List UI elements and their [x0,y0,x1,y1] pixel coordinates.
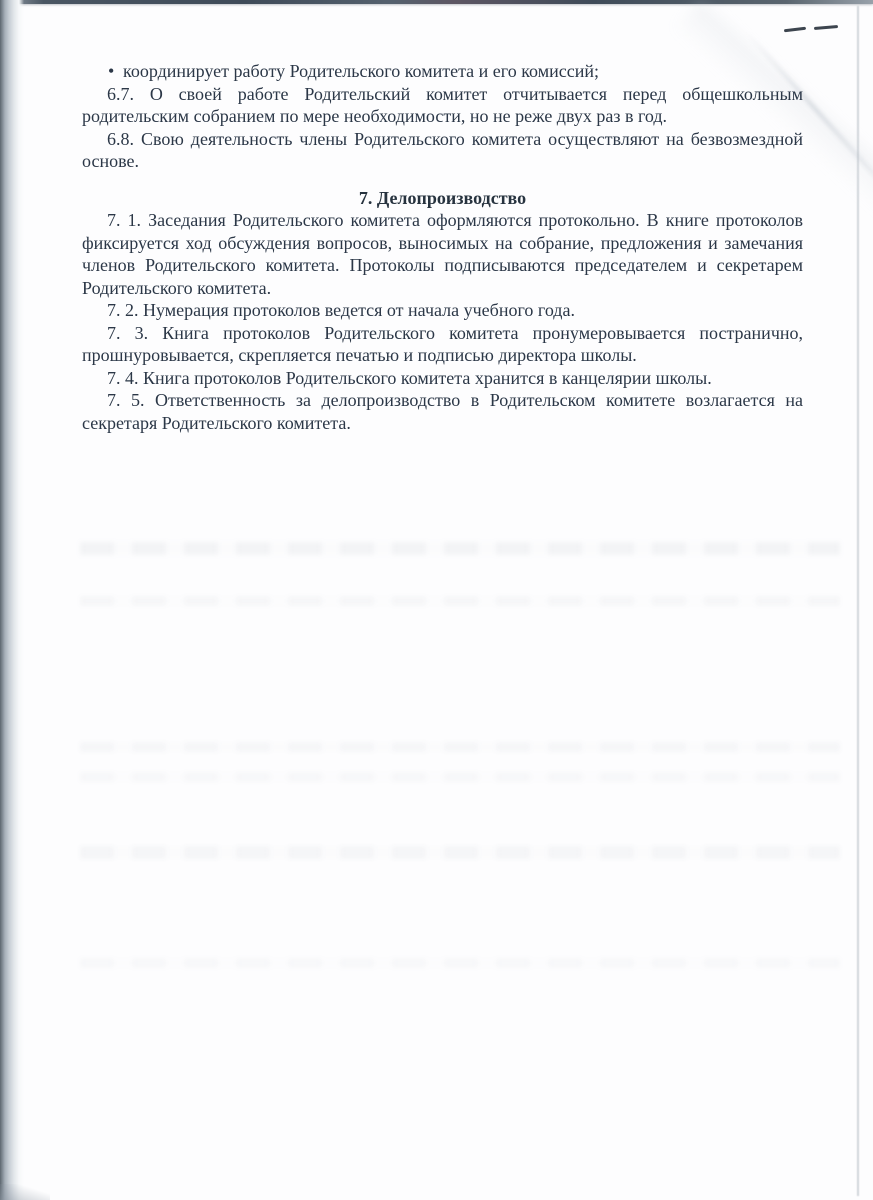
bullet-item-text: координирует работу Родительского комите… [123,61,599,81]
paragraph-6-7: 6.7. О своей работе Родительский комитет… [82,83,803,128]
paragraph-number: 6.8. [107,129,134,149]
paragraph-7-4: 7. 4. Книга протоколов Родительского ком… [82,367,803,390]
paragraph-7-2: 7. 2. Нумерация протоколов ведется от на… [82,299,803,322]
bleed-through-artifact [80,958,840,968]
document-text-block: •координирует работу Родительского комит… [82,60,803,434]
paragraph-7-5: 7. 5. Ответственность за делопроизводств… [82,389,803,434]
bleed-through-artifact [80,742,840,752]
paragraph-7-3: 7. 3. Книга протоколов Родительского ком… [82,322,803,367]
bleed-through-artifact [80,846,840,859]
scanned-page: •координирует работу Родительского комит… [0,0,873,1200]
paragraph-6-8: 6.8. Свою деятельность члены Родительско… [82,128,803,173]
paragraph-text: Книга протоколов Родительского комитета … [143,368,712,388]
paragraph-text: Свою деятельность члены Родительского ко… [82,129,803,172]
paragraph-text: Ответственность за делопроизводство в Ро… [82,390,803,433]
paragraph-text: Книга протоколов Родительского комитета … [82,323,803,366]
bullet-icon: • [108,60,123,83]
paragraph-number: 7. 3. [107,323,148,343]
paragraph-text: Заседания Родительского комитета оформля… [82,210,803,298]
paragraph-text: О своей работе Родительский комитет отчи… [82,84,803,127]
paragraph-7-1: 7. 1. Заседания Родительского комитета о… [82,209,803,299]
section-heading: 7. Делопроизводство [82,187,803,210]
pen-dash-mark-2 [814,25,838,30]
paragraph-number: 7. 5. [107,390,145,410]
bleed-through-artifact [80,772,840,782]
bullet-item: •координирует работу Родительского комит… [82,60,803,83]
bleed-through-artifact [80,596,840,606]
paragraph-number: 7. 2. [107,300,139,320]
scan-top-edge [0,0,873,4]
paragraph-number: 7. 1. [107,210,141,230]
scan-bottom-left-shadow [0,1184,50,1200]
paragraph-number: 6.7. [107,84,134,104]
pen-dash-mark-1 [784,27,806,33]
paragraph-number: 7. 4. [107,368,139,388]
paragraph-text: Нумерация протоколов ведется от начала у… [143,300,575,320]
bleed-through-artifact [80,542,840,555]
scan-left-edge [0,0,24,1200]
